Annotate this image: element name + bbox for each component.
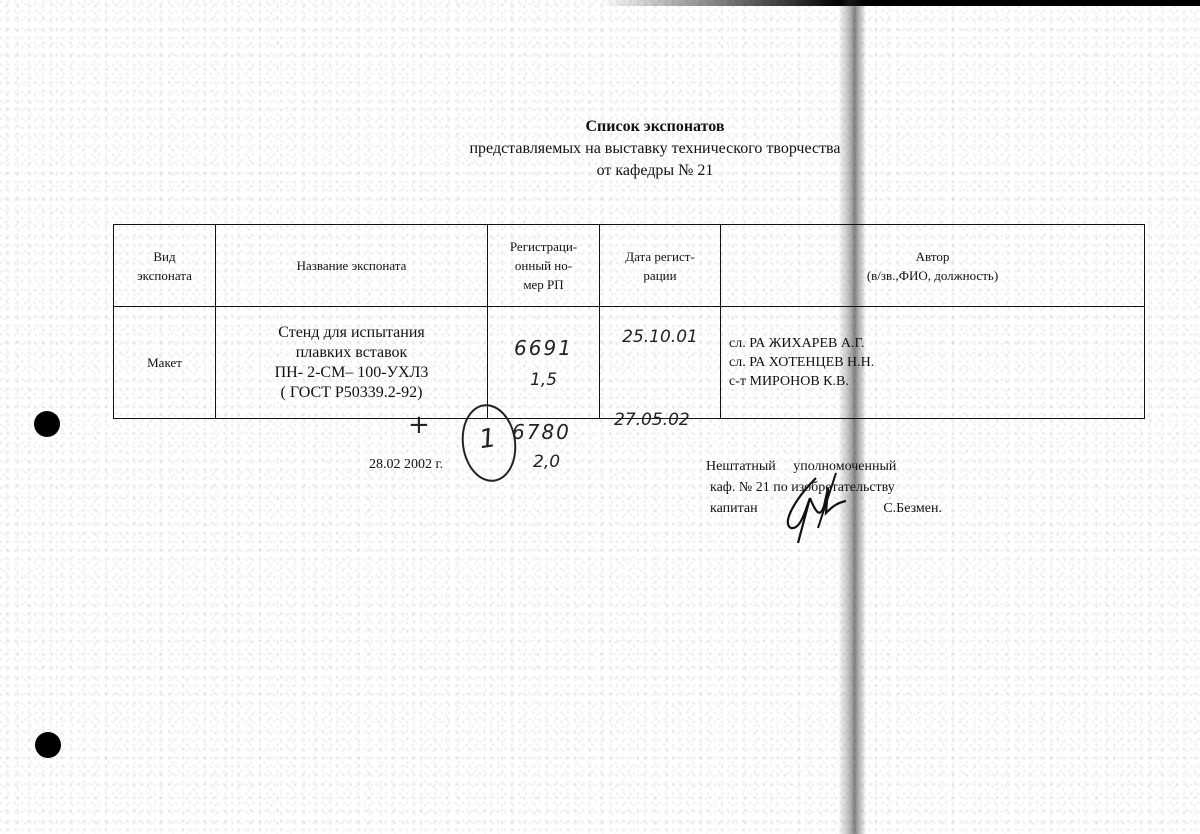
handwritten-extra-date: 27.05.02 xyxy=(614,410,690,430)
cell-exhibit-name: Стенд для испытания плавких вставок ПН- … xyxy=(216,307,488,419)
author-item: сл. РА ЖИХАРЕВ А.Г. xyxy=(729,334,1140,353)
signatory-rank: капитан xyxy=(710,498,758,519)
document-subtitle: представляемых на выставку технического … xyxy=(0,138,1200,160)
cell-reg-number: 6691 1,5 xyxy=(488,307,600,419)
header-exhibit-name: Название экспоната xyxy=(216,225,488,307)
cell-authors: сл. РА ЖИХАРЕВ А.Г. сл. РА ХОТЕНЦЕВ Н.Н.… xyxy=(721,307,1145,419)
scan-top-edge-shadow xyxy=(600,0,1200,6)
punch-hole xyxy=(34,411,60,437)
header-exhibit-type: Вид экспоната xyxy=(114,225,216,307)
author-item: с-т МИРОНОВ К.В. xyxy=(729,372,1140,391)
handwritten-extra-value: 2,0 xyxy=(533,452,560,472)
document-title: Список экспонатов xyxy=(0,116,1200,138)
author-item: сл. РА ХОТЕНЦЕВ Н.Н. xyxy=(729,353,1140,372)
cell-exhibit-type: Макет xyxy=(114,307,216,419)
table-header-row: Вид экспоната Название экспоната Регистр… xyxy=(114,225,1145,307)
header-reg-number: Регистраци- онный но- мер РП xyxy=(488,225,600,307)
exhibits-table: Вид экспоната Название экспоната Регистр… xyxy=(113,224,1145,419)
document-header: Список экспонатов представляемых на выст… xyxy=(0,116,1200,182)
signature-scribble-icon xyxy=(776,468,866,548)
document-date: 28.02 2002 г. xyxy=(369,457,443,473)
signatory-name: С.Безмен. xyxy=(883,498,942,519)
handwritten-plus-mark: + xyxy=(408,410,432,440)
handwritten-reg-date: 25.10.01 xyxy=(604,327,716,347)
punch-hole xyxy=(35,732,61,758)
table-row: Макет Стенд для испытания плавких вставо… xyxy=(114,307,1145,419)
header-author: Автор (в/зв.,ФИО, должность) xyxy=(721,225,1145,307)
handwritten-reg-number: 6691 xyxy=(492,336,595,360)
cell-reg-date: 25.10.01 xyxy=(600,307,721,419)
handwritten-reg-note: 1,5 xyxy=(492,370,595,390)
department-line: от кафедры № 21 xyxy=(0,160,1200,182)
handwritten-extra-number: 6780 xyxy=(512,420,571,444)
header-reg-date: Дата регист- рации xyxy=(600,225,721,307)
